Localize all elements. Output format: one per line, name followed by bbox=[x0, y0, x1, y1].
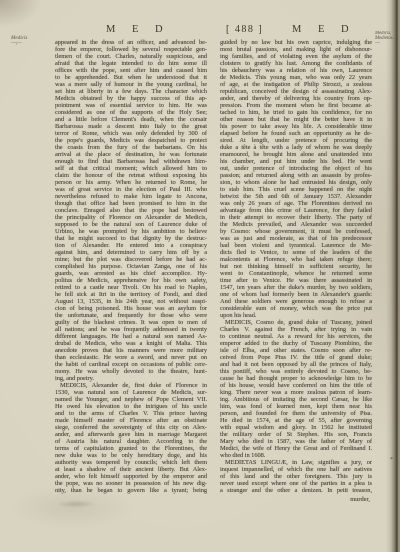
text-line: the military order of St Stephen. His so… bbox=[220, 431, 372, 438]
page-number: [ 488 ] bbox=[226, 24, 263, 35]
text-line: Medici, the wife of Henry the Great and … bbox=[220, 445, 372, 452]
paper-smudge bbox=[56, 500, 96, 508]
text-line: MEDICIS, Cosmo de, grand duke of Tuscany… bbox=[220, 319, 372, 326]
text-line: Mary who died in 1587, was the father of… bbox=[220, 438, 372, 445]
text-line: never used except where one of the parti… bbox=[220, 480, 372, 487]
text-line: August 13, 1535, in his 24th year, not w… bbox=[55, 298, 207, 305]
text-line: new duke was to be only hereditary doge,… bbox=[55, 452, 207, 459]
text-line: He died in 1574, at the age of 55, after… bbox=[220, 417, 372, 424]
text-line: self at that critical moment; which allo… bbox=[55, 165, 207, 172]
text-line: tlemen of the court. Charles, naturally … bbox=[55, 53, 207, 60]
text-line: with equal wisdom and glory. In 1562 he … bbox=[220, 424, 372, 431]
text-line: cion of being poisoned. His house was an… bbox=[55, 305, 207, 312]
text-line: different languages. He had a natural so… bbox=[55, 333, 207, 340]
text-line: pression. From the moment when he first … bbox=[220, 102, 372, 109]
text-line: considered as one of the supports of the… bbox=[55, 109, 207, 116]
text-line: the Medicis prevailed, and Alexander was… bbox=[220, 221, 372, 228]
text-line: and a little before Clement's death, whe… bbox=[55, 116, 207, 123]
text-line: guards, was arrested as his chief accomp… bbox=[55, 270, 207, 277]
text-line: at least a shadow of their ancient liber… bbox=[55, 466, 207, 473]
text-line: his power to take away his life. A consi… bbox=[220, 123, 372, 130]
running-head: M E D [ 488 ] M E D bbox=[0, 24, 392, 38]
text-line: betwixt the 5th and 6th of January 1537.… bbox=[220, 193, 372, 200]
text-line: Barbarossa made a descent into Italy to … bbox=[55, 123, 207, 130]
text-line: mony. He was wholly devoted to the theat… bbox=[55, 368, 207, 375]
text-line: but not thinking himself in sufficient s… bbox=[220, 263, 372, 270]
text-line: the coasts from the fury of the barbaria… bbox=[55, 144, 207, 151]
catchword: murder, bbox=[220, 496, 370, 503]
text-line: enamoured, he brought him alone and unat… bbox=[220, 151, 372, 158]
text-line: guided by no law but his own caprice, in… bbox=[220, 39, 372, 46]
text-line: against him, and determined to carry him… bbox=[55, 249, 207, 256]
text-line: conclave. Enraged also that the pope had… bbox=[55, 207, 207, 214]
text-line: arrival at the place of destination, he … bbox=[55, 151, 207, 158]
text-line: enough to find that Barbarossa had withd… bbox=[55, 158, 207, 165]
text-line: afraid that the legate intended to do hi… bbox=[55, 60, 207, 67]
text-line: sion, to whom alone he had entrusted his… bbox=[220, 179, 372, 186]
text-line: Charles V. against the French, after try… bbox=[220, 326, 372, 333]
text-line: one of whom had formerly been in Alexand… bbox=[220, 291, 372, 298]
text-line: terror of Rome, which was only defended … bbox=[55, 130, 207, 137]
text-line: king. There never was a more zealous pat… bbox=[220, 389, 372, 396]
text-line: to continue neutral. As a reward for his… bbox=[220, 333, 372, 340]
text-line: the habit of cardinal except on occasion… bbox=[55, 361, 207, 368]
text-line: of Austria his natural daughter. Accordi… bbox=[55, 438, 207, 445]
text-line: was as just and moderate, as that of his… bbox=[220, 235, 372, 242]
text-line: Urbino, he was prompted by his ambition … bbox=[55, 228, 207, 235]
text-line: sired. At length, under pretence of proc… bbox=[220, 137, 372, 144]
text-line: isle of Elba, and other states. Cosmo so… bbox=[220, 347, 372, 354]
text-line: in their attempt to recover their libert… bbox=[220, 214, 372, 221]
text-line: 1530, was natural son of Laurence de Med… bbox=[55, 389, 207, 396]
text-line: other reason but that he might the bette… bbox=[220, 116, 372, 123]
text-line: went to Constantinople, whence he return… bbox=[220, 270, 372, 277]
text-line: of age, at the instigation of Philip Str… bbox=[220, 81, 372, 88]
text-line: was a mere sally of humour in the young … bbox=[55, 81, 207, 88]
text-line: de Medicis. This young man, who was only… bbox=[220, 74, 372, 81]
text-line: nity, than he began to govern like a tyr… bbox=[55, 487, 207, 494]
book-page-scan: M E D [ 488 ] M E D Medicis —,— appeared… bbox=[0, 0, 400, 552]
text-line: ing, and poetry. bbox=[55, 375, 207, 382]
text-line: 1547, ten years after the duke's murder,… bbox=[220, 284, 372, 291]
text-line: offices with the pope, sent after him an… bbox=[55, 67, 207, 74]
text-line: dicis fled to Venice, to some of the lea… bbox=[220, 249, 372, 256]
text-line: a stranger and the other a denizen. In p… bbox=[220, 487, 372, 494]
text-column-right: guided by no law but his own caprice, in… bbox=[220, 39, 372, 494]
text-line: malcontents at Florence, who had taken r… bbox=[220, 256, 372, 263]
text-line: cloisters to gratify his lust. Among the… bbox=[220, 60, 372, 67]
text-line: that he might succeed to that dignity by… bbox=[55, 235, 207, 242]
text-line: supposed to be the natural son of Lauren… bbox=[55, 221, 207, 228]
text-line: And these soldiers were generous enough … bbox=[220, 298, 372, 305]
text-line: fore the emperor, followed by several re… bbox=[55, 46, 207, 53]
text-line: was only 26 years of age. The Florentine… bbox=[220, 200, 372, 207]
text-line: of his house, would have conferred on hi… bbox=[220, 382, 372, 389]
text-line: complished his purpose. Octavian Zanga, … bbox=[55, 263, 207, 270]
text-line: he fell sick at Itri in the territory of… bbox=[55, 291, 207, 298]
text-line: mine; but the plot was discovered before… bbox=[55, 256, 207, 263]
text-line: ander, and thereby of delivering his cou… bbox=[220, 95, 372, 102]
text-line: time after to Venice. He was there assas… bbox=[220, 277, 372, 284]
text-line: his chamber, and put him under his bed. … bbox=[220, 158, 372, 165]
text-line: MEDIETAS LINGUÆ, in Law, signifies a jur… bbox=[220, 459, 372, 466]
text-line: appeared in the dress of an officer, and… bbox=[55, 39, 207, 46]
text-line: named the Younger, and nephew of Pope Cl… bbox=[55, 396, 207, 403]
text-line: person, and founded for them the univers… bbox=[220, 410, 372, 417]
text-line: ing families, and of violating even the … bbox=[220, 53, 372, 60]
text-line: made himself master of Florence after an… bbox=[55, 417, 207, 424]
text-line: person or his army. When he returned to … bbox=[55, 179, 207, 186]
text-line: to be apprehended. But when he understoo… bbox=[55, 74, 207, 81]
text-line: retired to a castle near Tivoli. On his … bbox=[55, 284, 207, 291]
text-line: emperor added to the duchy of Tuscany Pi… bbox=[220, 340, 372, 347]
margin-note-left: Medicis —,— bbox=[11, 36, 51, 47]
text-line: set him at liberty in a few days. The ch… bbox=[55, 88, 207, 95]
text-line: He owed his elevation to the intrigues o… bbox=[55, 403, 207, 410]
text-line: his debauchery was a relation of his own… bbox=[220, 67, 372, 74]
text-line: the pope's guards, Medicis was despatche… bbox=[55, 137, 207, 144]
text-line: politus de Medicis, apprehensive for his… bbox=[55, 277, 207, 284]
text-line: ing. Ambitious of imitating the second C… bbox=[220, 396, 372, 403]
page-edge-shadow bbox=[386, 0, 400, 552]
text-line: the pope, was no sooner in possession of… bbox=[55, 480, 207, 487]
text-line: to stab him. This cruel scene happened o… bbox=[220, 186, 372, 193]
text-line: this pontiff, who was entirely devoted t… bbox=[220, 368, 372, 375]
text-line: who died in 1608. bbox=[220, 452, 372, 459]
margin-continuation-mark: —,— bbox=[11, 41, 51, 46]
text-line: by Cosmo: whose government, it must be c… bbox=[220, 228, 372, 235]
text-line: drubal de Medicis, who was a knight of M… bbox=[55, 340, 207, 347]
text-line: tion of Alexander. He entered into a con… bbox=[55, 242, 207, 249]
text-line: though that office had been promised to … bbox=[55, 200, 207, 207]
text-line: the unfortunate, and frequently for thos… bbox=[55, 312, 207, 319]
text-line: out, under pretence of introducing the o… bbox=[220, 165, 372, 172]
text-line: all nations; and he was frequently addre… bbox=[55, 326, 207, 333]
text-line: was of great service in the election of … bbox=[55, 186, 207, 193]
running-head-left: M E D bbox=[106, 24, 170, 35]
text-line: authority was tempered by councils; whic… bbox=[55, 459, 207, 466]
text-line: ander, who felt himself supported by the… bbox=[55, 473, 207, 480]
text-line: republican, conceived the design of assa… bbox=[220, 88, 372, 95]
text-line: upon his head. bbox=[220, 312, 372, 319]
text-line: ceived from Pope Pius IV. the title of g… bbox=[220, 354, 372, 361]
text-line: had been violent and tyrannical. Laurenc… bbox=[220, 242, 372, 249]
text-line: considerable sum of money, which was the… bbox=[220, 305, 372, 312]
text-line: MEDICIS, Alexander de, first duke of Flo… bbox=[55, 382, 207, 389]
text-line: passion; and returned along with an assa… bbox=[220, 172, 372, 179]
text-line: Medicis obtained by the happy success of… bbox=[55, 95, 207, 102]
text-line: nevertheless refused to make him legate … bbox=[55, 193, 207, 200]
text-line: siege, conferred the sovereignty of this… bbox=[55, 424, 207, 431]
text-line: and to the arms of Charles V. This princ… bbox=[55, 410, 207, 417]
text-line: ander, and afterwards gave him in marria… bbox=[55, 431, 207, 438]
text-line: elapsed before he found such an opportun… bbox=[220, 130, 372, 137]
text-line: advantage from this crime of Laurence, f… bbox=[220, 207, 372, 214]
text-line: the principality of Florence on Alexande… bbox=[55, 214, 207, 221]
text-line: most brutal passions, and making light o… bbox=[220, 46, 372, 53]
text-line: of this land and the other foreigners. T… bbox=[220, 473, 372, 480]
text-line: terms of capitulation granted to the Flo… bbox=[55, 445, 207, 452]
text-line: guilty of the blackest crimes. It was op… bbox=[55, 319, 207, 326]
text-line: and had it not been opposed by all the p… bbox=[220, 361, 372, 368]
text-line: tached to him, he tried to gain his conf… bbox=[220, 109, 372, 116]
text-line: claim the honour of the retreat without … bbox=[55, 172, 207, 179]
text-line: him, was fond of learned men, kept them … bbox=[220, 403, 372, 410]
text-column-left: appeared in the dress of an officer, and… bbox=[55, 39, 207, 494]
running-head-right: M E D bbox=[292, 24, 356, 35]
text-line: inquest impannelled, of which the one ha… bbox=[220, 466, 372, 473]
text-line: duke a tête à tête with a lady of whom h… bbox=[220, 144, 372, 151]
text-line: than ecclesiastic. He wore a sword, and … bbox=[55, 354, 207, 361]
text-line: pointment was of essential service to hi… bbox=[55, 102, 207, 109]
text-line: cause he had thought proper to acknowled… bbox=[220, 375, 372, 382]
text-line: anecdote proves that his manners were mo… bbox=[55, 347, 207, 354]
